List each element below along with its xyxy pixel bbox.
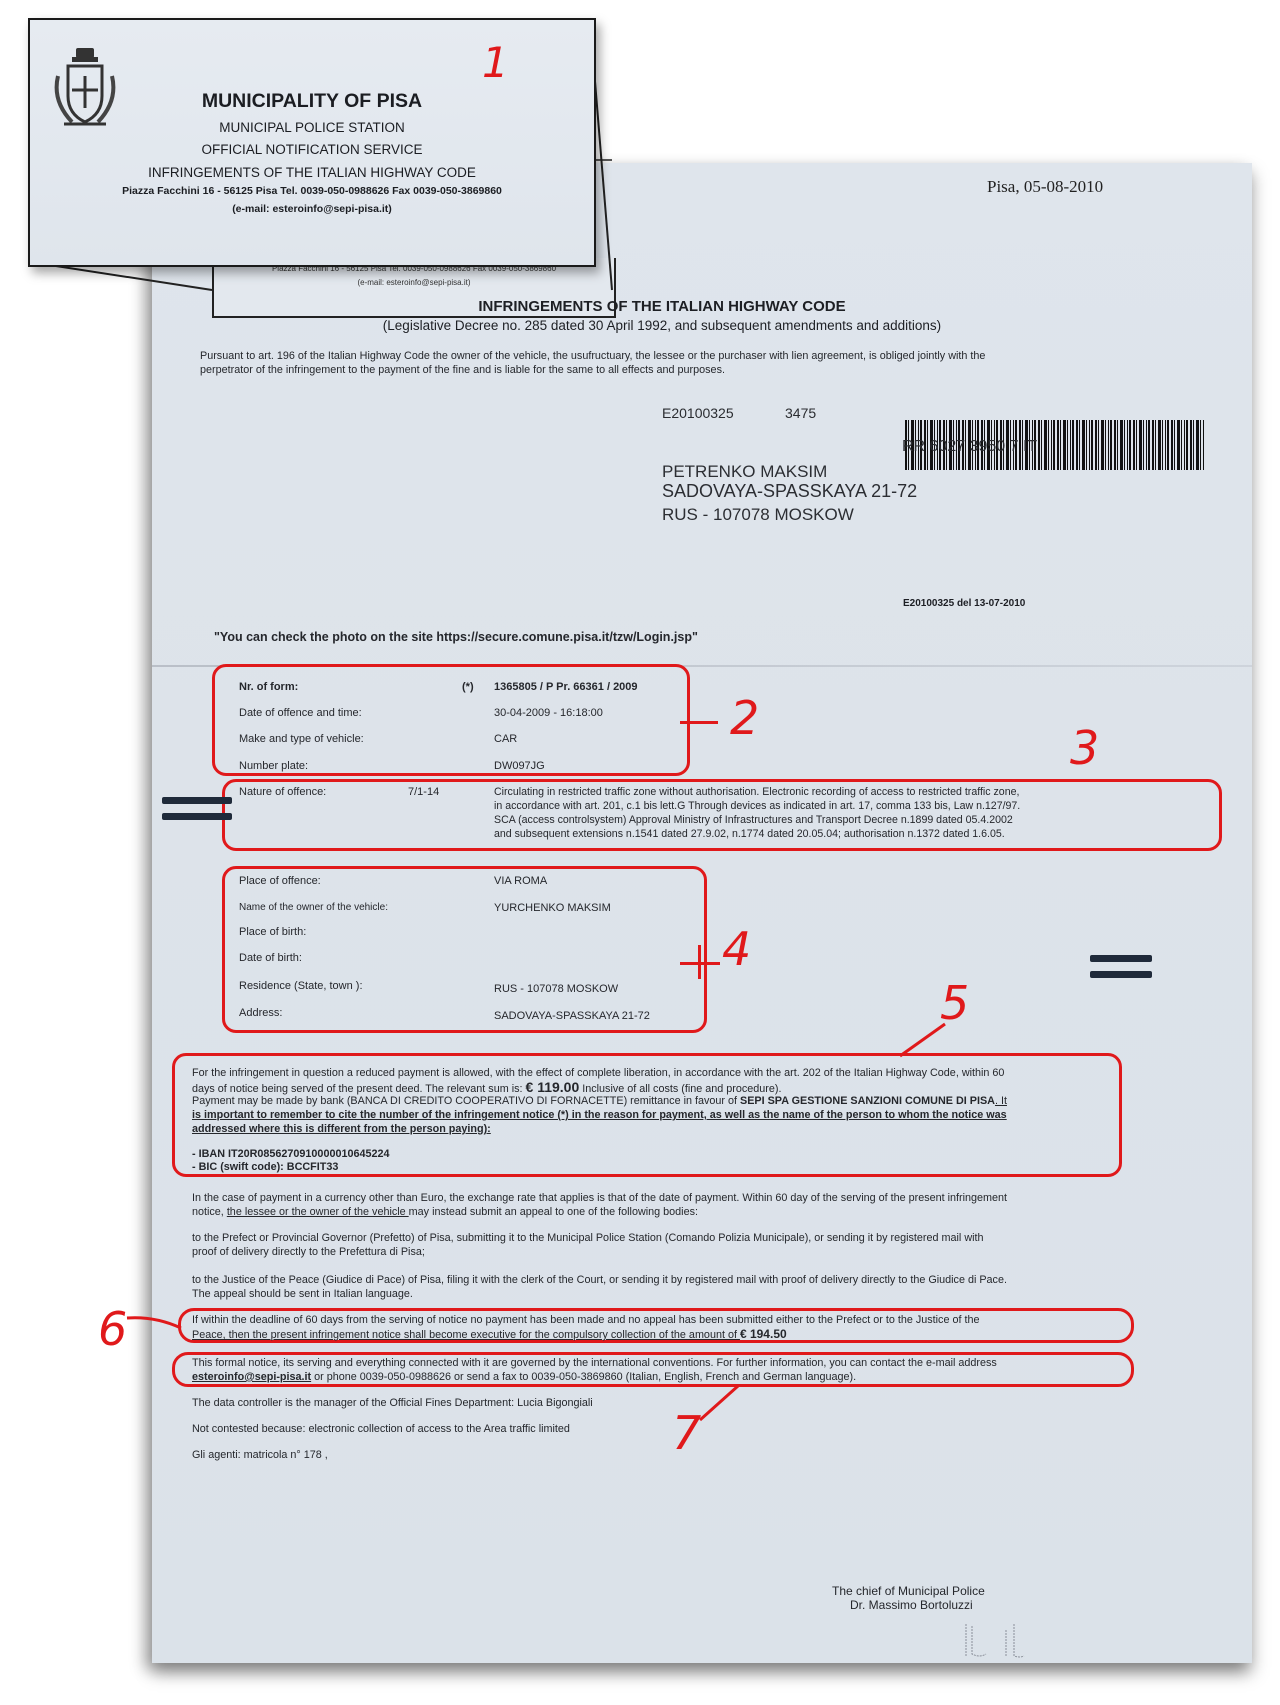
contact-email-link[interactable]: esteroinfo@sepi-pisa.it xyxy=(192,1371,311,1383)
recipient-name: PETRENKO MAKSIM xyxy=(662,462,827,482)
agents: Gli agenti: matricola n° 178 , xyxy=(192,1448,328,1462)
vehicle-type-value: CAR xyxy=(494,733,517,745)
prefect-line-2: proof of delivery directly to the Prefet… xyxy=(192,1245,1122,1259)
notice-date: Pisa, 05-08-2010 xyxy=(987,177,1103,197)
offence-description-3: SCA (access controlsystem) Approval Mini… xyxy=(494,814,1013,826)
marker-2-line xyxy=(680,721,718,724)
marker-4: 4 xyxy=(722,926,751,972)
deadline-text: Peace, then the present infringement not… xyxy=(192,1329,740,1341)
owner-name-label: Name of the owner of the vehicle: xyxy=(239,902,388,913)
appeal-text: notice, xyxy=(192,1206,227,1218)
org-contact: Piazza Facchini 16 - 56125 Pisa Tel. 003… xyxy=(30,185,594,197)
signatory-title: The chief of Municipal Police xyxy=(832,1584,985,1598)
address-value: SADOVAYA-SPASSKAYA 21-72 xyxy=(494,1010,650,1022)
payment-bank-line: Payment may be made by bank (BANCA DI CR… xyxy=(192,1094,1122,1108)
payment-reminder-line-1: is important to remember to cite the num… xyxy=(192,1108,1122,1122)
prefect-line-1: to the Prefect or Provincial Governor (P… xyxy=(192,1231,1122,1245)
number-plate-value: DW097JG xyxy=(494,760,545,772)
marker-3: 3 xyxy=(1070,725,1099,771)
owner-name-value: YURCHENKO MAKSIM xyxy=(494,902,611,914)
signatory-name: Dr. Massimo Bortoluzzi xyxy=(850,1598,973,1612)
org-line-1: MUNICIPAL POLICE STATION xyxy=(30,120,594,135)
barcode-text: RR 6027 3950 7 IT xyxy=(902,438,1037,456)
marker-4-cross xyxy=(698,945,701,979)
date-of-birth-label: Date of birth: xyxy=(239,952,302,964)
marker-2: 2 xyxy=(730,695,759,741)
form-number-label: Nr. of form: xyxy=(239,681,298,693)
offence-code: 7/1-14 xyxy=(408,786,439,798)
justice-line-2: The appeal should be sent in Italian lan… xyxy=(192,1287,1122,1301)
document-title: INFRINGEMENTS OF THE ITALIAN HIGHWAY COD… xyxy=(162,298,1162,315)
payee-name: SEPI SPA GESTIONE SANZIONI COMUNE DI PIS… xyxy=(740,1095,995,1107)
org-name: MUNICIPALITY OF PISA xyxy=(30,90,594,113)
iban: - IBAN IT20R0856270910000010645224 xyxy=(192,1147,390,1161)
deadline-line-1: If within the deadline of 60 days from t… xyxy=(192,1313,1122,1327)
fold-mark-right-top xyxy=(1090,955,1152,962)
marker-1: 1 xyxy=(482,42,509,84)
signature xyxy=(960,1620,1050,1660)
fold-mark-left-top xyxy=(162,797,232,804)
not-contested: Not contested because: electronic collec… xyxy=(192,1422,570,1436)
data-controller: The data controller is the manager of th… xyxy=(192,1396,593,1410)
place-of-birth-label: Place of birth: xyxy=(239,926,306,938)
appeal-line-2: notice, the lessee or the owner of the v… xyxy=(192,1205,1122,1219)
bic: - BIC (swift code): BCCFIT33 xyxy=(192,1160,338,1174)
contact-line-2: esteroinfo@sepi-pisa.it or phone 0039-05… xyxy=(192,1370,1122,1384)
payment-reminder-line-2: addressed where this is different from t… xyxy=(192,1122,1122,1136)
offence-nature-label: Nature of offence: xyxy=(239,786,326,798)
appeal-text-end: may instead submit an appeal to one of t… xyxy=(409,1206,698,1218)
reduced-payment-line-1: For the infringement in question a reduc… xyxy=(192,1066,1112,1080)
justice-line-1: to the Justice of the Peace (Giudice di … xyxy=(192,1273,1122,1287)
marker-6-line xyxy=(125,1312,185,1332)
form-number-mark: (*) xyxy=(462,681,474,693)
appeal-underlined: the lessee or the owner of the vehicle xyxy=(227,1206,409,1218)
mailing-number: 3475 xyxy=(785,405,816,421)
mailing-reference: E20100325 xyxy=(662,405,734,421)
offence-description-2: in accordance with art. 201, c.1 bis let… xyxy=(494,800,1020,812)
deadline-line-2: Peace, then the present infringement not… xyxy=(192,1327,1122,1342)
address-label: Address: xyxy=(239,1007,282,1019)
notice-reference: E20100325 del 13-07-2010 xyxy=(903,598,1025,609)
residence-label: Residence (State, town ): xyxy=(239,980,363,992)
recipient-city: RUS - 107078 MOSKOW xyxy=(662,505,854,525)
place-of-offence-value: VIA ROMA xyxy=(494,875,547,887)
vehicle-type-label: Make and type of vehicle: xyxy=(239,733,364,745)
intro-line-2: perpetrator of the infringement to the p… xyxy=(200,363,1135,377)
fold-mark-left-bottom xyxy=(162,813,232,820)
number-plate-label: Number plate: xyxy=(239,760,308,772)
contact-phone-text: or phone 0039-050-0988626 or send a fax … xyxy=(311,1371,856,1383)
intro-line-1: Pursuant to art. 196 of the Italian High… xyxy=(200,349,1135,363)
header-callout: 1 MUNICIPALITY OF PISA MUNICIPAL POLICE … xyxy=(28,18,596,267)
recipient-street: SADOVAYA-SPASSKAYA 21-72 xyxy=(662,481,917,501)
marker-6: 6 xyxy=(98,1306,127,1352)
appeal-line-1: In the case of payment in a currency oth… xyxy=(192,1191,1122,1205)
org-line-3: INFRINGEMENTS OF THE ITALIAN HIGHWAY COD… xyxy=(30,165,594,180)
payment-bank-text: Payment may be made by bank (BANCA DI CR… xyxy=(192,1095,740,1107)
marker-7: 7 xyxy=(672,1410,701,1456)
fold-mark-right-bottom xyxy=(1090,971,1152,978)
offence-description-1: Circulating in restricted traffic zone w… xyxy=(494,786,1019,798)
annotation-box-4 xyxy=(222,866,707,1033)
contact-line-1: This formal notice, its serving and ever… xyxy=(192,1356,1122,1370)
photo-link[interactable]: "You can check the photo on the site htt… xyxy=(214,630,698,644)
payment-bank-suffix: . It xyxy=(995,1095,1007,1107)
offence-date-label: Date of offence and time: xyxy=(239,707,362,719)
document-subtitle: (Legislative Decree no. 285 dated 30 Apr… xyxy=(162,318,1162,333)
compulsory-amount: € 194.50 xyxy=(740,1327,787,1341)
place-of-offence-label: Place of offence: xyxy=(239,875,321,887)
offence-description-4: and subsequent extensions n.1541 dated 2… xyxy=(494,828,1005,840)
form-number-value: 1365805 / P Pr. 66361 / 2009 xyxy=(494,681,638,693)
reduced-amount: € 119.00 xyxy=(526,1079,580,1095)
residence-value: RUS - 107078 MOSKOW xyxy=(494,983,618,995)
org-line-2: OFFICIAL NOTIFICATION SERVICE xyxy=(30,142,594,157)
org-email: (e-mail: esteroinfo@sepi-pisa.it) xyxy=(30,203,594,215)
offence-date-value: 30-04-2009 - 16:18:00 xyxy=(494,707,603,719)
